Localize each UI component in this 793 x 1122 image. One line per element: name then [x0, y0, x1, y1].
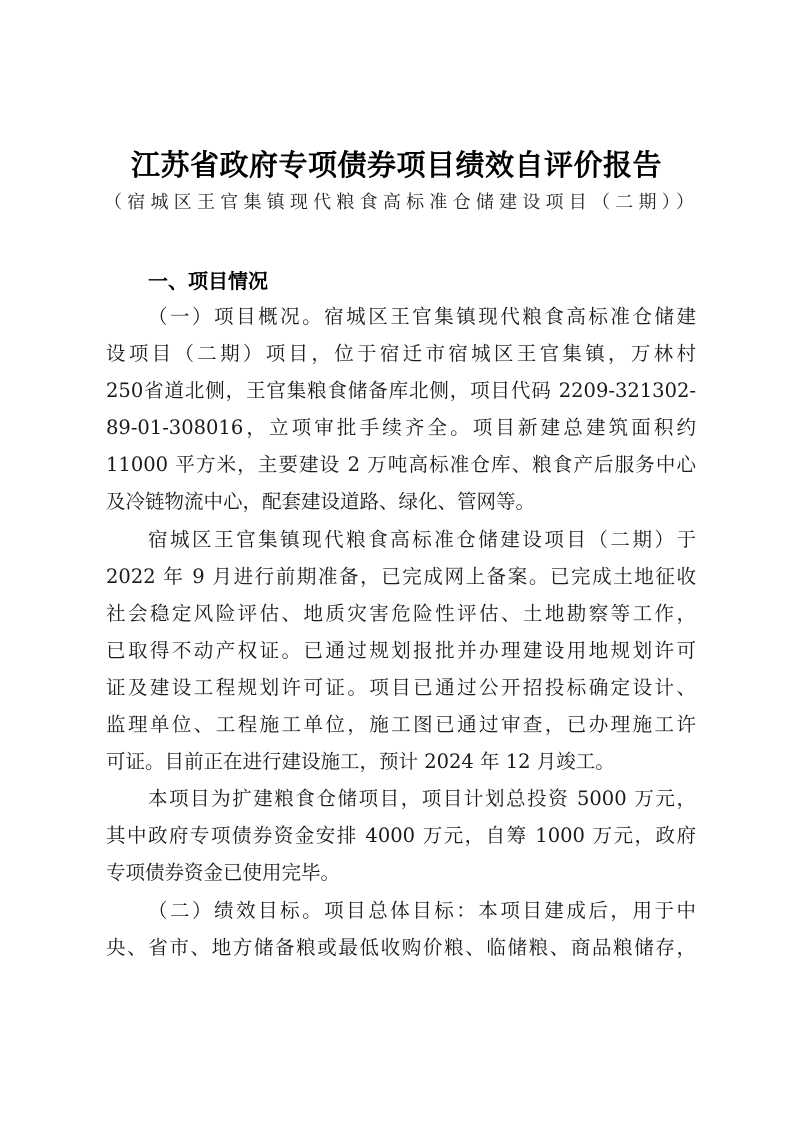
paragraph-line: 及冷链物流中心，配套建设道路、绿化、管网等。 — [106, 486, 696, 516]
paragraph-line: 社会稳定风险评估、地质灾害危险性评估、土地勘察等工作， — [106, 598, 696, 628]
paragraph-line: 本项目为扩建粮食仓储项目，项目计划总投资 5000 万元， — [148, 783, 696, 813]
paragraph-line: 已取得不动产权证。已通过规划报批并办理建设用地规划许可 — [106, 635, 696, 665]
paragraph-line: （二）绩效目标。项目总体目标：本项目建成后，用于中 — [148, 895, 696, 925]
paragraph-line: 宿城区王官集镇现代粮食高标准仓储建设项目（二期）于 — [148, 524, 696, 554]
paragraph-line: 可证。目前正在进行建设施工，预计 2024 年 12 月竣工。 — [106, 746, 696, 776]
paragraph-line: 11000 平方米，主要建设 2 万吨高标准仓库、粮食产后服务中心 — [106, 449, 696, 479]
paragraph-line: 2022 年 9 月进行前期准备，已完成网上备案。已完成土地征收 — [106, 561, 696, 591]
paragraph-line: 证及建设工程规划许可证。项目已通过公开招投标确定设计、 — [106, 672, 696, 702]
section-heading: 一、项目情况 — [148, 265, 268, 294]
paragraph-line: 250省道北侧，王官集粮食储备库北侧，项目代码 2209-321302- — [106, 375, 696, 405]
paragraph-line: 设项目（二期）项目，位于宿迁市宿城区王官集镇，万林村 — [106, 338, 696, 368]
paragraph-line: （一）项目概况。宿城区王官集镇现代粮食高标准仓储建 — [148, 301, 696, 331]
document-title: 江苏省政府专项债券项目绩效自评价报告 — [0, 143, 793, 184]
paragraph-line: 其中政府专项债券资金安排 4000 万元，自筹 1000 万元，政府 — [106, 820, 696, 850]
document-page: 江苏省政府专项债券项目绩效自评价报告 （宿城区王官集镇现代粮食高标准仓储建设项目… — [0, 0, 793, 1122]
document-subtitle: （宿城区王官集镇现代粮食高标准仓储建设项目（二期）） — [104, 188, 694, 214]
paragraph-line: 央、省市、地方储备粮或最低收购价粮、临储粮、商品粮储存， — [106, 932, 696, 962]
paragraph-line: 89-01-308016，立项审批手续齐全。项目新建总建筑面积约 — [106, 412, 696, 442]
paragraph-line: 专项债券资金已使用完毕。 — [106, 857, 696, 887]
paragraph-line: 监理单位、工程施工单位，施工图已通过审查，已办理施工许 — [106, 709, 696, 739]
